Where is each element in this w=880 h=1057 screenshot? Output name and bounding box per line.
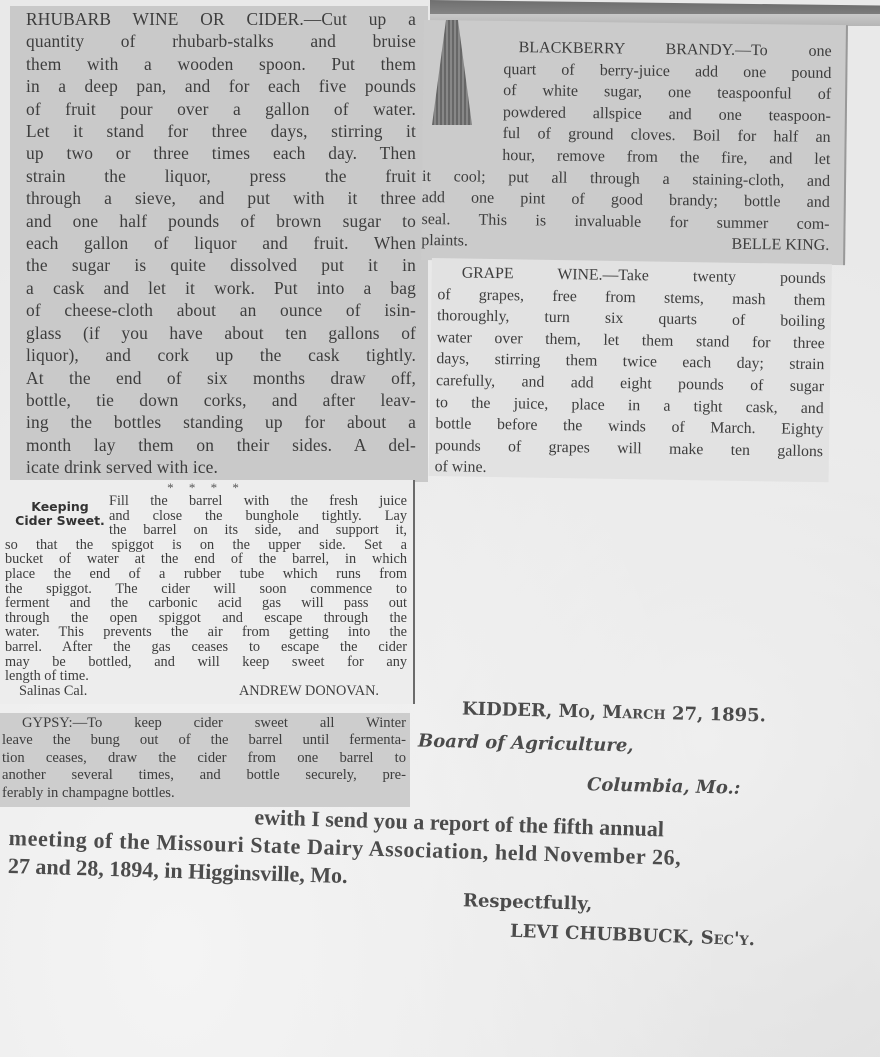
letter-closing: Respectfully, — [463, 890, 593, 915]
clipping-line: the sugar is quite dissolved put it in — [26, 254, 416, 276]
author-name: BELLE KING. — [731, 234, 829, 257]
clipping-line: and one half pounds of brown sugar to — [26, 210, 416, 232]
clipping-line: ing the bottles standing up for about a — [26, 411, 416, 433]
clipping-line: GYPSY:—To keep cider sweet all Winter — [2, 715, 406, 732]
clipping-line: ferment and the carbonic acid gas will p… — [5, 596, 407, 611]
clipping-line: barrel. After the gas ceases to escape t… — [5, 640, 407, 655]
place-name: Salinas Cal. — [19, 684, 87, 699]
clipping-line: so that the spiggot is on the upper side… — [5, 538, 407, 553]
clipping-line: each gallon of liquor and fruit. When — [26, 232, 416, 254]
author-name: ANDREW DONOVAN. — [239, 684, 379, 699]
clipping-line: through the open spiggot and escape thro… — [5, 611, 407, 626]
clipping-line: bucket of water at the end of the barrel… — [5, 552, 407, 567]
clipping-line: a cask and let it work. Put into a bag — [26, 277, 416, 299]
clipping-line: place the end of a rubber tube which run… — [5, 567, 407, 582]
clipping-rhubarb-wine: RHUBARB WINE OR CIDER.—Cut up a quantity… — [10, 6, 428, 482]
clipping-line: month lay them on their sides. A del- — [26, 434, 416, 456]
clipping-line: may be bottled, and will keep sweet for … — [5, 655, 407, 670]
clipping-line-with-author: plaints. BELLE KING. — [421, 230, 829, 257]
clipping-line: in a deep pan, and for each five pounds — [26, 75, 416, 97]
letter-addressee: Board of Agriculture, — [418, 731, 634, 757]
clipping-heading: Keeping Cider Sweet. — [14, 500, 106, 528]
clipping-line: quantity of rhubarb-stalks and bruise — [26, 30, 416, 52]
clipping-line: glass (if you have about ten gallons of — [26, 322, 416, 344]
clipping-line: icate drink served with ice. — [26, 456, 416, 478]
clipping-line: plaints. — [421, 232, 468, 250]
clipping-line: of cheese-cloth about an ounce of isin- — [26, 299, 416, 321]
clipping-line: Let it stand for three days, stirring it — [26, 120, 416, 142]
clipping-line: another several times, and bottle secure… — [2, 767, 406, 784]
heading-line: Keeping — [14, 500, 106, 514]
clipping-line: bottle, tie down corks, and after leav- — [26, 389, 416, 411]
letter-signature: LEVI CHUBBUCK, Sec'y. — [510, 921, 756, 951]
clipping-gypsy-cider-tip: GYPSY:—To keep cider sweet all Winter le… — [0, 713, 410, 807]
clipping-grape-wine: GRAPE WINE.—Take twenty pounds of grapes… — [429, 258, 832, 482]
clipping-keeping-cider-sweet: * * * * Keeping Cider Sweet. Fill the ba… — [0, 480, 415, 704]
clipping-line: liquor), and cork up the cask tightly. — [26, 344, 416, 366]
clipping-line: water. This prevents the air from gettin… — [5, 625, 407, 640]
clipping-line: up two or three times each day. Then — [26, 142, 416, 164]
heading-line: Cider Sweet. — [14, 514, 106, 528]
clipping-blackberry-brandy: BLACKBERRY BRANDY.—To one quart of berry… — [421, 20, 848, 265]
clipping-line: length of time. — [5, 669, 407, 684]
letter-body: ewith I send you a report of the fifth a… — [8, 796, 820, 904]
letter-dateline: KIDDER, Mo, March 27, 1895. — [462, 699, 766, 727]
clipping-line: tion ceases, draw the cider from one bar… — [2, 750, 406, 767]
clipping-line: of fruit pour over a gallon of water. — [26, 98, 416, 120]
clipping-line: At the end of six months draw off, — [26, 367, 416, 389]
clipping-line: strain the liquor, press the fruit — [26, 165, 416, 187]
clipping-line: through a sieve, and put with it three — [26, 187, 416, 209]
clipping-line: the spiggot. The cider will soon commenc… — [5, 582, 407, 597]
clipping-signature: Salinas Cal. ANDREW DONOVAN. — [5, 684, 407, 699]
clipping-line: leave the bung out of the barrel until f… — [2, 732, 406, 749]
clipping-line: them with a wooden spoon. Put them — [26, 53, 416, 75]
letter-addressee-location: Columbia, Mo.: — [587, 774, 741, 798]
clipping-line: RHUBARB WINE OR CIDER.—Cut up a — [26, 8, 416, 30]
